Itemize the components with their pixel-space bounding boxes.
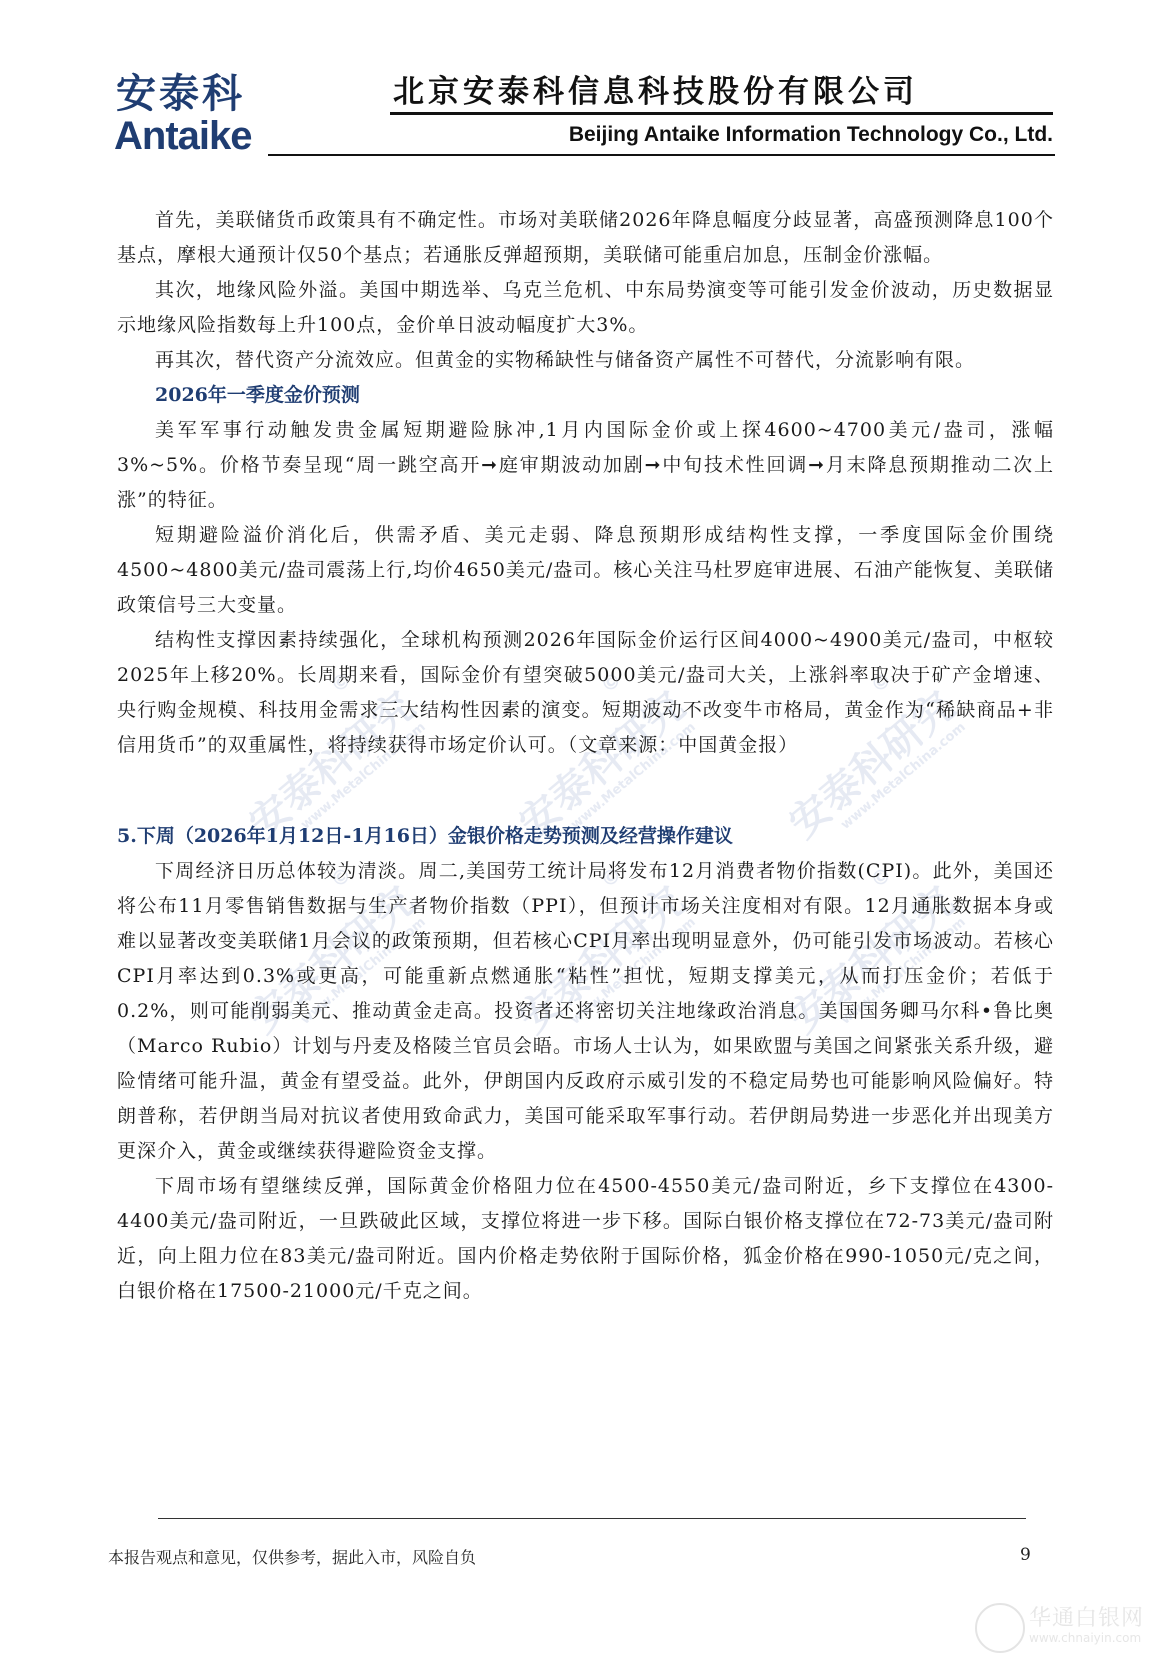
page-header: 安泰科 Antaike 北京安泰科信息科技股份有限公司 Beijing Anta… bbox=[0, 0, 1168, 170]
document-body: 首先，美联储货币政策具有不确定性。市场对美联储2026年降息幅度分歧显著，高盛预… bbox=[117, 203, 1054, 1309]
paragraph-next-week-calendar: 下周经济日历总体较为清淡。周二,美国劳工统计局将发布12月消费者物价指数(CPI… bbox=[117, 854, 1054, 1169]
paragraph-q1-short-term: 美军军事行动触发贵金属短期避险脉冲,1月内国际金价或上探4600~4700美元/… bbox=[117, 413, 1054, 518]
paragraph-fed-policy-risk: 首先，美联储货币政策具有不确定性。市场对美联储2026年降息幅度分歧显著，高盛预… bbox=[117, 203, 1054, 273]
section-5-heading: 5.下周（2026年1月12日-1月16日）金银价格走势预测及经营操作建议 bbox=[117, 819, 1054, 854]
footer-divider bbox=[158, 1518, 1026, 1519]
paragraph-geopolitical-risk: 其次，地缘风险外溢。美国中期选举、乌克兰危机、中东局势演变等可能引发金价波动，历… bbox=[117, 273, 1054, 343]
paragraph-next-week-levels: 下周市场有望继续反弹，国际黄金价格阻力位在4500-4550美元/盎司附近，乡下… bbox=[117, 1169, 1054, 1309]
footer-disclaimer: 本报告观点和意见，仅供参考，据此入市，风险自负 bbox=[108, 1545, 476, 1568]
corner-site-url: www.chnaiyin.com bbox=[1029, 1631, 1141, 1645]
logo-chinese: 安泰科 bbox=[116, 72, 245, 116]
paragraph-substitute-assets: 再其次，替代资产分流效应。但黄金的实物稀缺性与储备资产属性不可替代，分流影响有限… bbox=[117, 343, 1054, 378]
header-divider-bottom bbox=[268, 154, 1055, 156]
site-logo-icon bbox=[975, 1603, 1025, 1653]
company-name-english: Beijing Antaike Information Technology C… bbox=[0, 122, 1053, 148]
section-spacer bbox=[117, 763, 1054, 819]
paragraph-q1-range: 短期避险溢价消化后，供需矛盾、美元走弱、降息预期形成结构性支撑，一季度国际金价围… bbox=[117, 518, 1054, 623]
company-name-chinese: 北京安泰科信息科技股份有限公司 bbox=[393, 72, 1053, 112]
header-divider-top bbox=[390, 112, 1053, 115]
paragraph-structural-support: 结构性支撑因素持续强化，全球机构预测2026年国际金价运行区间4000~4900… bbox=[117, 623, 1054, 763]
page-number: 9 bbox=[1020, 1545, 1031, 1565]
corner-site-name: 华通白银网 bbox=[1029, 1601, 1144, 1632]
corner-watermark-logo: 华通白银网 www.chnaiyin.com bbox=[975, 1595, 1165, 1655]
q1-forecast-heading: 2026年一季度金价预测 bbox=[117, 378, 1054, 413]
